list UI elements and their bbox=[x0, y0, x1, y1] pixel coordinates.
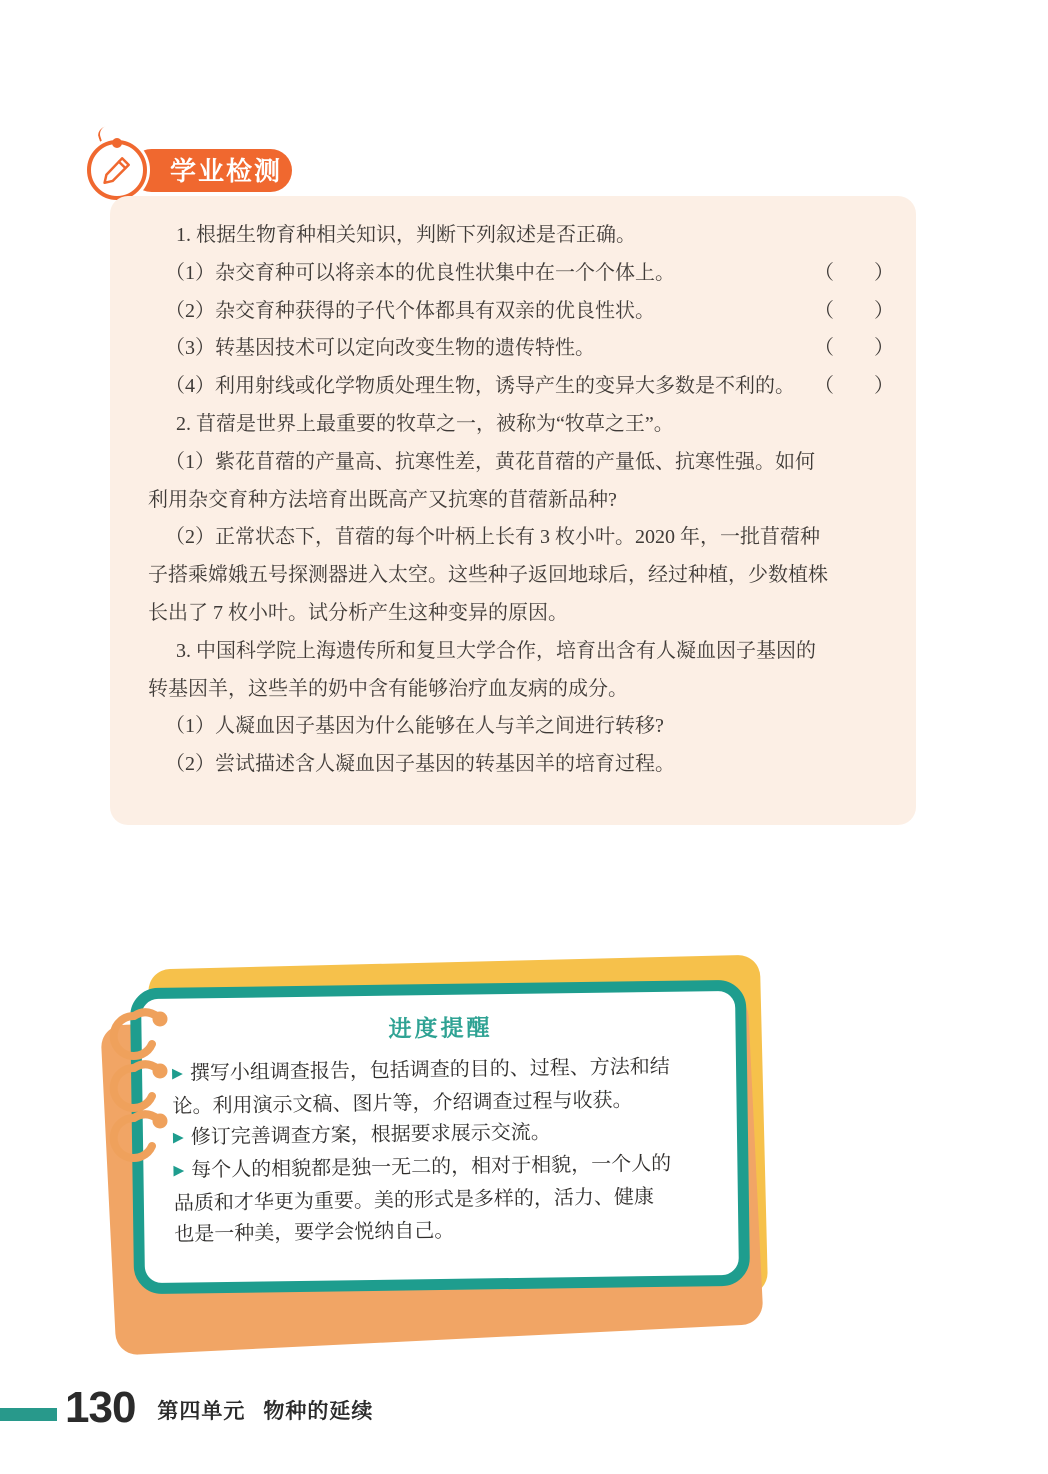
quiz-line: （2）正常状态下，苜蓿的每个叶柄上长有 3 枚小叶。2020 年，一批苜蓿种 bbox=[148, 519, 894, 557]
note-text: 品质和才华更为重要。美的形式是多样的，活力、健康 bbox=[174, 1186, 654, 1215]
footer-unit-title: 物种的延续 bbox=[263, 1395, 373, 1425]
quiz-text: 利用杂交育种方法培育出既高产又抗寒的苜蓿新品种? bbox=[148, 482, 617, 520]
spark-dot-icon bbox=[112, 138, 122, 148]
quiz-text: （2）杂交育种获得的子代个体都具有双亲的优良性状。 bbox=[165, 293, 655, 331]
note-text: 撰写小组调查报告，包括调查的目的、过程、方法和结 bbox=[190, 1056, 670, 1085]
progress-note-card: 进度提醒 ▶撰写小组调查报告，包括调查的目的、过程、方法和结 论。利用演示文稿、… bbox=[130, 980, 750, 1295]
quiz-line: 2. 苜蓿是世界上最重要的牧草之一，被称为“牧草之王”。 bbox=[148, 406, 894, 444]
pencil-icon bbox=[98, 151, 136, 189]
quiz-box: 1. 根据生物育种相关知识，判断下列叙述是否正确。 （1）杂交育种可以将亲本的优… bbox=[110, 196, 916, 825]
section-badge-label: 学业检测 bbox=[170, 158, 282, 184]
note-text: 论。利用演示文稿、图片等，介绍调查过程与收获。 bbox=[172, 1089, 632, 1117]
quiz-line: 子搭乘嫦娥五号探测器进入太空。这些种子返回地球后，经过种植，少数植株 bbox=[148, 557, 894, 595]
progress-note-items: ▶撰写小组调查报告，包括调查的目的、过程、方法和结 论。利用演示文稿、图片等，介… bbox=[172, 1051, 713, 1250]
answer-bracket: （ ） bbox=[814, 368, 894, 406]
page-number: 130 bbox=[65, 1386, 135, 1430]
answer-bracket: （ ） bbox=[814, 330, 894, 368]
quiz-text: 转基因羊，这些羊的奶中含有能够治疗血友病的成分。 bbox=[148, 671, 628, 709]
footer-unit-label: 第四单元 bbox=[157, 1395, 245, 1425]
quiz-line: （3）转基因技术可以定向改变生物的遗传特性。（ ） bbox=[148, 330, 894, 368]
quiz-text: （1）杂交育种可以将亲本的优良性状集中在一个个体上。 bbox=[165, 255, 675, 293]
quiz-line: （2）杂交育种获得的子代个体都具有双亲的优良性状。（ ） bbox=[148, 293, 894, 331]
section-badge: 学业检测 bbox=[130, 149, 292, 192]
note-text: 也是一种美，要学会悦纳自己。 bbox=[174, 1220, 454, 1246]
quiz-line: 转基因羊，这些羊的奶中含有能够治疗血友病的成分。 bbox=[148, 671, 894, 709]
footer-accent-bar bbox=[0, 1408, 57, 1421]
quiz-line: （1）人凝血因子基因为什么能够在人与羊之间进行转移? bbox=[148, 708, 894, 746]
note-text: 修订完善调查方案，根据要求展示交流。 bbox=[191, 1121, 551, 1148]
quiz-line: 利用杂交育种方法培育出既高产又抗寒的苜蓿新品种? bbox=[148, 482, 894, 520]
quiz-line: （1）紫花苜蓿的产量高、抗寒性差，黄花苜蓿的产量低、抗寒性强。如何 bbox=[148, 444, 894, 482]
quiz-text: 3. 中国科学院上海遗传所和复旦大学合作，培育出含有人凝血因子基因的 bbox=[176, 633, 816, 671]
quiz-line: （2）尝试描述含人凝血因子基因的转基因羊的培育过程。 bbox=[148, 746, 894, 784]
answer-bracket: （ ） bbox=[814, 293, 894, 331]
note-line: 也是一种美，要学会悦纳自己。 bbox=[174, 1212, 712, 1251]
quiz-text: （3）转基因技术可以定向改变生物的遗传特性。 bbox=[165, 330, 595, 368]
quiz-text: 子搭乘嫦娥五号探测器进入太空。这些种子返回地球后，经过种植，少数植株 bbox=[148, 557, 828, 595]
quiz-text: 2. 苜蓿是世界上最重要的牧草之一，被称为“牧草之王”。 bbox=[176, 406, 674, 444]
quiz-text: （4）利用射线或化学物质处理生物，诱导产生的变异大多数是不利的。 bbox=[165, 368, 795, 406]
quiz-line: 1. 根据生物育种相关知识，判断下列叙述是否正确。 bbox=[148, 217, 894, 255]
binder-ring-icon bbox=[108, 1106, 180, 1170]
textbook-page: 学业检测 1. 根据生物育种相关知识，判断下列叙述是否正确。 （1）杂交育种可以… bbox=[0, 0, 1048, 1474]
pencil-icon-circle bbox=[87, 140, 147, 200]
answer-bracket: （ ） bbox=[814, 255, 894, 293]
quiz-line: （1）杂交育种可以将亲本的优良性状集中在一个个体上。（ ） bbox=[148, 255, 894, 293]
quiz-text: 1. 根据生物育种相关知识，判断下列叙述是否正确。 bbox=[176, 217, 636, 255]
quiz-line: 3. 中国科学院上海遗传所和复旦大学合作，培育出含有人凝血因子基因的 bbox=[148, 633, 894, 671]
page-footer: 130 第四单元 物种的延续 bbox=[0, 1380, 600, 1430]
quiz-text: （1）人凝血因子基因为什么能够在人与羊之间进行转移? bbox=[165, 708, 664, 746]
quiz-text: 长出了 7 枚小叶。试分析产生这种变异的原因。 bbox=[148, 595, 568, 633]
progress-note-title: 进度提醒 bbox=[171, 1009, 709, 1047]
quiz-text: （2）尝试描述含人凝血因子基因的转基因羊的培育过程。 bbox=[165, 746, 675, 784]
quiz-text: （2）正常状态下，苜蓿的每个叶柄上长有 3 枚小叶。2020 年，一批苜蓿种 bbox=[165, 519, 820, 557]
note-text: 每个人的相貌都是独一无二的，相对于相貌，一个人的 bbox=[191, 1153, 671, 1182]
quiz-text: （1）紫花苜蓿的产量高、抗寒性差，黄花苜蓿的产量低、抗寒性强。如何 bbox=[165, 444, 815, 482]
quiz-line: （4）利用射线或化学物质处理生物，诱导产生的变异大多数是不利的。（ ） bbox=[148, 368, 894, 406]
quiz-line: 长出了 7 枚小叶。试分析产生这种变异的原因。 bbox=[148, 595, 894, 633]
